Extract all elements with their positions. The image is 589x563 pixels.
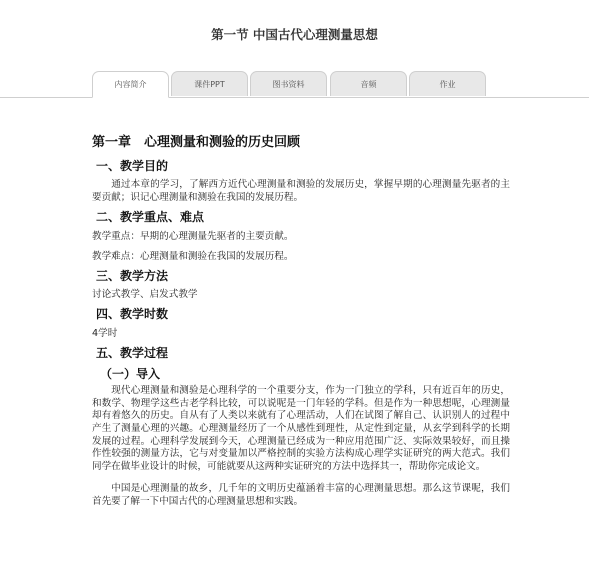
subsection-heading-intro: （一）导入 [92,364,510,384]
section-heading-hours: 四、教学时数 [92,304,510,324]
section-heading-process: 五、教学过程 [92,343,510,363]
page-title: 第一节 中国古代心理测量思想 [0,25,589,43]
objectives-text: 通过本章的学习，了解西方近代心理测量和测验的发展历史，掌握早期的心理测量先驱者的… [92,179,510,204]
key-point-focus: 教学重点：早期的心理测量先驱者的主要贡献。 [92,230,510,243]
hours-text: 4学时 [92,327,510,340]
tab-bar: 内容简介 课件PPT 图书资料 音频 作业 [0,71,589,98]
intro-paragraph-1: 现代心理测量和测验是心理科学的一个重要分支，作为一门独立的学科，只有近百年的历史… [92,385,510,473]
key-point-difficulty: 教学难点：心理测量和测验在我国的发展历程。 [92,250,510,263]
section-heading-key-points: 二、教学重点、难点 [92,207,510,227]
tab-homework[interactable]: 作业 [409,71,486,96]
intro-paragraph-2: 中国是心理测量的故乡，几千年的文明历史蕴涵着丰富的心理测量思想。那么这节课呢，我… [92,483,510,508]
content-body: 第一章 心理测量和测验的历史回顾 一、教学目的 通过本章的学习，了解西方近代心理… [92,132,510,509]
tab-courseware-ppt[interactable]: 课件PPT [171,71,248,96]
tab-audio[interactable]: 音频 [330,71,407,96]
methods-text: 讨论式教学、启发式教学 [92,288,510,301]
section-heading-methods: 三、教学方法 [92,266,510,286]
chapter-title: 第一章 心理测量和测验的历史回顾 [92,132,510,154]
tab-content-intro[interactable]: 内容简介 [92,71,169,98]
tab-book-materials[interactable]: 图书资料 [250,71,327,96]
section-heading-objectives: 一、教学目的 [92,156,510,176]
